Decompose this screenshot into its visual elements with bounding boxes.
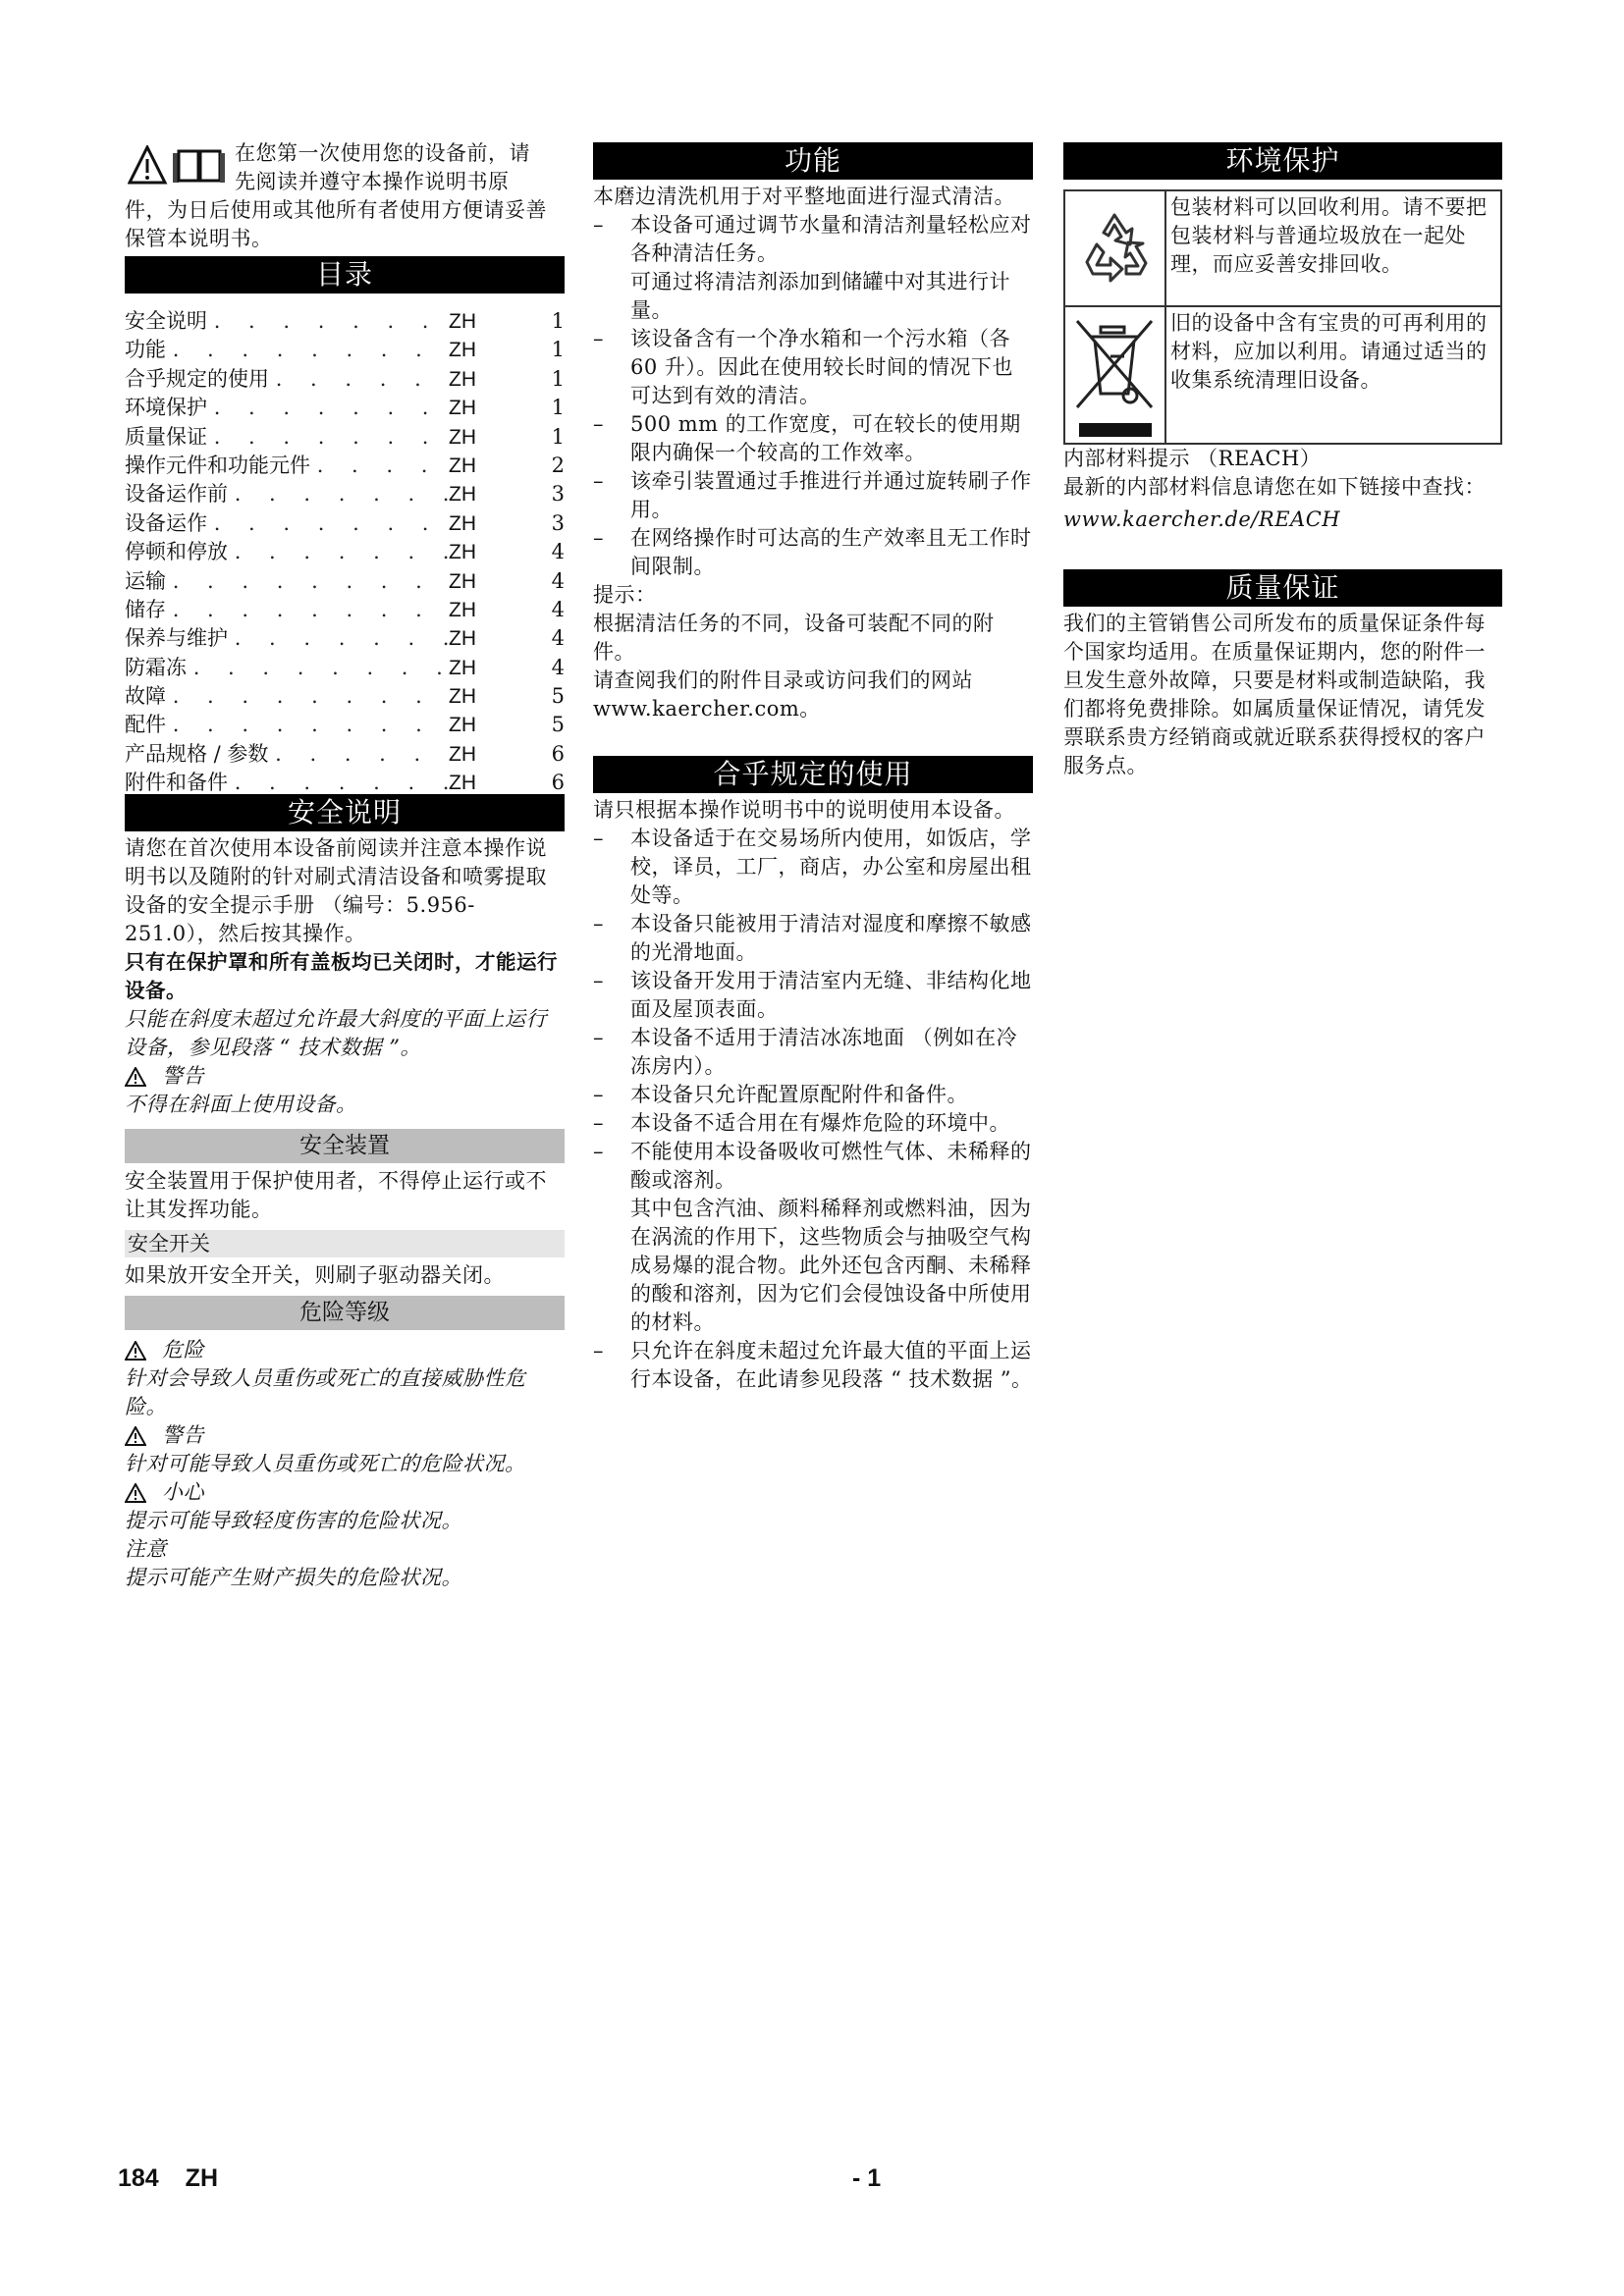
toc-entry[interactable]: 环境保护 . . . . . . . . . . . . . . .ZH1: [125, 394, 565, 422]
toc-leader-dots: . . . . . . . . . . . . . . .: [193, 656, 449, 679]
environment-table: 包装材料可以回收利用。请不要把包装材料与普通垃圾放在一起处理，而应妥善安排回收。: [1063, 189, 1502, 445]
bullet-item: –本设备可通过调节水量和清洁剂量轻松应对各种清洁任务。: [593, 211, 1033, 268]
toc-entry-title: 配件: [125, 713, 166, 736]
warning-text: 不得在斜面上使用设备。: [125, 1091, 565, 1119]
bullet-text: 本设备不适用于清洁冰冻地面 （例如在冷冻房内）。: [630, 1026, 1017, 1078]
warning-triangle-icon: [125, 1341, 146, 1361]
warranty-section: 质量保证 我们的主管销售公司所发布的质量保证条件每个国家均适用。在质量保证期内，…: [1063, 569, 1502, 780]
toc-leader-dots: . . . . . . . . . . . . . . .: [275, 742, 449, 766]
function-heading: 功能: [593, 142, 1033, 180]
toc-leader-dots: . . . . . . . . . . . . . . .: [235, 540, 449, 563]
bullet-item: –只允许在斜度未超过允许最大值的平面上运行本设备，在此请参见段落 “ 技术数据 …: [593, 1337, 1033, 1394]
danger-level-text: 提示可能导致轻度伤害的危险状况。: [125, 1507, 565, 1535]
toc-entry-title: 环境保护: [125, 396, 207, 419]
toc-entry-lang: ZH: [449, 711, 527, 739]
toc-entry-title: 防霜冻: [125, 656, 187, 679]
toc-entry-lang: ZH: [449, 336, 527, 364]
dash-bullet-icon: –: [593, 825, 604, 853]
warning-label: 警告: [162, 1062, 204, 1091]
footer-page-number: 184: [118, 2164, 159, 2192]
intended-use-bullet-list: –本设备适于在交易场所内使用，如饭店，学校，译员，工厂，商店，办公室和房屋出租处…: [593, 825, 1033, 1394]
bullet-extra-text: 其中包含汽油、颜料稀释剂或燃料油，因为在涡流的作用下，这些物质会与抽吸空气构成易…: [593, 1195, 1033, 1337]
toc-entry-page: 5: [527, 711, 565, 739]
toc-entry[interactable]: 防霜冻 . . . . . . . . . . . . . . .ZH4: [125, 654, 565, 682]
dash-bullet-icon: –: [593, 1109, 604, 1138]
function-note-text: 根据清洁任务的不同，设备可装配不同的附件。: [593, 610, 1033, 667]
toc-entry[interactable]: 停顿和停放 . . . . . . . . . . . . . . .ZH4: [125, 538, 565, 566]
toc-entry-title: 合乎规定的使用: [125, 367, 269, 391]
danger-level-text: 提示可能产生财产损失的危险状况。: [125, 1564, 565, 1592]
toc-leader-dots: . . . . . . . . . . . . . . .: [173, 713, 449, 736]
toc-entry-title: 故障: [125, 684, 166, 708]
toc-leader-dots: . . . . . . . . . . . . . . .: [276, 367, 449, 391]
toc-entry-page: 4: [527, 624, 565, 653]
dash-bullet-icon: –: [593, 410, 604, 439]
toc-entry[interactable]: 功能 . . . . . . . . . . . . . . .ZH1: [125, 336, 565, 364]
dash-bullet-icon: –: [593, 967, 604, 995]
toc-entry[interactable]: 设备运作前 . . . . . . . . . . . . . . .ZH3: [125, 480, 565, 508]
bullet-text: 该牵引装置通过手推进行并通过旋转刷子作用。: [630, 469, 1032, 521]
warning-triangle-icon: [125, 1067, 146, 1087]
intended-use-intro: 请只根据本操作说明书中的说明使用本设备。: [593, 796, 1033, 825]
safety-heading: 安全说明: [125, 794, 565, 831]
bullet-item: –在网络操作时可达高的生产效率且无工作时间限制。: [593, 524, 1033, 581]
toc-entry-page: 4: [527, 596, 565, 624]
toc-entry-lang: ZH: [449, 452, 527, 480]
danger-level-label: 警告: [125, 1421, 565, 1450]
dash-bullet-icon: –: [593, 524, 604, 553]
toc-leader-dots: . . . . . . . . . . . . . . .: [214, 425, 449, 449]
safety-para-3: 只能在斜度未超过允许最大斜度的平面上运行设备，参见段落 “ 技术数据 ”。: [125, 1005, 565, 1062]
danger-levels-list: 危险针对会导致人员重伤或死亡的直接威胁性危险。警告针对可能导致人员重伤或死亡的危…: [125, 1336, 565, 1592]
bullet-item: –本设备只能被用于清洁对湿度和摩擦不敏感的光滑地面。: [593, 910, 1033, 967]
safety-para-2: 只有在保护罩和所有盖板均已关闭时，才能运行设备。: [125, 948, 565, 1005]
function-note-text-2: 请查阅我们的附件目录或访问我们的网站 www.kaercher.com。: [593, 667, 1033, 723]
bullet-item: –该设备含有一个净水箱和一个污水箱（各 60 升）。因此在使用较长时间的情况下也…: [593, 325, 1033, 410]
function-section: 功能 本磨边清洗机用于对平整地面进行湿式清洁。 –本设备可通过调节水量和清洁剂量…: [593, 142, 1033, 723]
toc-entry-title: 运输: [125, 569, 166, 593]
toc-entry-page: 1: [527, 307, 565, 336]
toc-leader-dots: . . . . . . . . . . . . . . .: [173, 338, 449, 361]
bullet-text: 只允许在斜度未超过允许最大值的平面上运行本设备，在此请参见段落 “ 技术数据 ”…: [630, 1339, 1033, 1391]
bullet-text: 该设备开发用于清洁室内无缝、非结构化地面及屋顶表面。: [630, 969, 1032, 1021]
danger-level-label: 注意: [125, 1535, 565, 1564]
toc-leader-dots: . . . . . . . . . . . . . . .: [214, 511, 449, 535]
intended-use-heading: 合乎规定的使用: [593, 756, 1033, 793]
toc-entry-lang: ZH: [449, 480, 527, 508]
reach-title: 内部材料提示 （REACH）: [1063, 445, 1502, 473]
intro-rest: 件，为日后使用或其他所有者使用方便请妥善保管本说明书。: [125, 196, 565, 253]
toc-leader-dots: . . . . . . . . . . . . . . .: [235, 771, 449, 794]
toc-leader-dots: . . . . . . . . . . . . . . .: [235, 626, 449, 650]
toc-entry[interactable]: 合乎规定的使用 . . . . . . . . . . . . . . .ZH1: [125, 365, 565, 394]
toc-entry[interactable]: 质量保证 . . . . . . . . . . . . . . .ZH1: [125, 423, 565, 452]
bullet-text: 500 mm 的工作宽度，可在较长的使用期限内确保一个较高的工作效率。: [630, 412, 1021, 464]
toc-entry-page: 1: [527, 365, 565, 394]
toc-entry[interactable]: 运输 . . . . . . . . . . . . . . .ZH4: [125, 567, 565, 596]
toc-entry-title: 操作元件和功能元件: [125, 454, 310, 477]
environment-heading: 环境保护: [1063, 142, 1502, 180]
intro-notice: 在您第一次使用您的设备前，请 先阅读并遵守本操作说明书原 件，为日后使用或其他所…: [125, 139, 565, 253]
toc-leader-dots: . . . . . . . . . . . . . . .: [173, 569, 449, 593]
function-note-label: 提示：: [593, 581, 1033, 610]
warning-manual-icon: [128, 145, 226, 187]
danger-level-name: 警告: [162, 1421, 204, 1450]
toc-entry-lang: ZH: [449, 624, 527, 653]
danger-level-text: 针对可能导致人员重伤或死亡的危险状况。: [125, 1450, 565, 1478]
old-device-text: 旧的设备中含有宝贵的可再利用的材料，应加以利用。请通过适当的收集系统清理旧设备。: [1170, 309, 1496, 395]
toc-entry-lang: ZH: [449, 654, 527, 682]
danger-level-name: 注意: [125, 1535, 167, 1564]
toc-entry[interactable]: 保养与维护 . . . . . . . . . . . . . . .ZH4: [125, 624, 565, 653]
toc-leader-dots: . . . . . . . . . . . . . . .: [173, 684, 449, 708]
toc-entry[interactable]: 安全说明 . . . . . . . . . . . . . . .ZH1: [125, 307, 565, 336]
bullet-text: 该设备含有一个净水箱和一个污水箱（各 60 升）。因此在使用较长时间的情况下也可…: [630, 327, 1013, 407]
safety-para-1: 请您在首次使用本设备前阅读并注意本操作说明书以及随附的针对刷式清洁设备和喷雾提取…: [125, 834, 565, 948]
toc-entry-title: 安全说明: [125, 309, 207, 333]
bullet-text: 本设备不适合用在有爆炸危险的环境中。: [630, 1111, 1010, 1135]
danger-level-label: 危险: [125, 1336, 565, 1364]
toc-leader-dots: . . . . . . . . . . . . . . .: [173, 598, 449, 621]
environment-section: 环境保护 包装材料可以回收利用。请不要把包装材料与普通垃圾放在一起处理，而应妥善…: [1063, 142, 1502, 534]
toc-heading: 目录: [125, 256, 565, 294]
bullet-item: –不能使用本设备吸收可燃性气体、未稀释的酸或溶剂。: [593, 1138, 1033, 1195]
bullet-text: 本设备可通过调节水量和清洁剂量轻松应对各种清洁任务。: [630, 213, 1032, 265]
toc-entry-title: 设备运作前: [125, 482, 228, 506]
toc-entry-title: 储存: [125, 598, 166, 621]
warning-triangle-icon: [125, 1483, 146, 1503]
toc-entry-page: 3: [527, 480, 565, 508]
toc-leader-dots: . . . . . . . . . . . . . . .: [214, 309, 449, 333]
footer-page-label: 184 ZH: [118, 2164, 218, 2193]
danger-level-name: 危险: [162, 1336, 204, 1364]
toc-leader-dots: . . . . . . . . . . . . . . .: [317, 454, 449, 477]
danger-level-text: 针对会导致人员重伤或死亡的直接威胁性危险。: [125, 1364, 565, 1421]
toc-entry[interactable]: 操作元件和功能元件 . . . . . . . . . . . . . . .Z…: [125, 452, 565, 480]
warranty-text: 我们的主管销售公司所发布的质量保证条件每个国家均适用。在质量保证期内，您的附件一…: [1063, 610, 1502, 780]
toc-entry-lang: ZH: [449, 509, 527, 538]
toc-entry-lang: ZH: [449, 365, 527, 394]
toc-entry-title: 停顿和停放: [125, 540, 228, 563]
packaging-text: 包装材料可以回收利用。请不要把包装材料与普通垃圾放在一起处理，而应妥善安排回收。: [1170, 193, 1496, 279]
bullet-item: –本设备只允许配置原配附件和备件。: [593, 1081, 1033, 1109]
bullet-text: 本设备只能被用于清洁对湿度和摩擦不敏感的光滑地面。: [630, 912, 1032, 964]
toc-entry-page: 2: [527, 452, 565, 480]
bullet-text: 在网络操作时可达高的生产效率且无工作时间限制。: [630, 526, 1032, 578]
toc-entry-lang: ZH: [449, 423, 527, 452]
bullet-item: –该设备开发用于清洁室内无缝、非结构化地面及屋顶表面。: [593, 967, 1033, 1024]
toc-entry-page: 1: [527, 423, 565, 452]
function-bullet-list: –本设备可通过调节水量和清洁剂量轻松应对各种清洁任务。可通过将清洁剂添加到储罐中…: [593, 211, 1033, 581]
function-intro: 本磨边清洗机用于对平整地面进行湿式清洁。: [593, 183, 1033, 211]
toc-entry-title: 功能: [125, 338, 166, 361]
toc-entry-lang: ZH: [449, 307, 527, 336]
safety-devices-text: 安全装置用于保护使用者，不得停止运行或不让其发挥功能。: [125, 1167, 565, 1224]
weee-bin-icon: [1071, 313, 1160, 439]
reach-link[interactable]: www.kaercher.de/REACH: [1063, 506, 1502, 534]
toc-entry-title: 产品规格 / 参数: [125, 742, 268, 766]
dash-bullet-icon: –: [593, 325, 604, 353]
recycle-icon: [1071, 203, 1160, 292]
bullet-text: 本设备适于在交易场所内使用，如饭店，学校，译员，工厂，商店，办公室和房屋出租处等…: [630, 827, 1032, 907]
environment-row-packaging: 包装材料可以回收利用。请不要把包装材料与普通垃圾放在一起处理，而应妥善安排回收。: [1064, 190, 1501, 306]
dash-bullet-icon: –: [593, 1138, 604, 1166]
toc-entry-page: 6: [527, 740, 565, 769]
toc-entry-page: 5: [527, 682, 565, 711]
safety-switch-text: 如果放开安全开关，则刷子驱动器关闭。: [125, 1261, 565, 1290]
footer-sub-page: - 1: [852, 2164, 881, 2193]
dash-bullet-icon: –: [593, 1081, 604, 1109]
toc-entry-lang: ZH: [449, 394, 527, 422]
toc-entry-title: 附件和备件: [125, 771, 228, 794]
toc-entry-lang: ZH: [449, 538, 527, 566]
environment-row-old-device: 旧的设备中含有宝贵的可再利用的材料，应加以利用。请通过适当的收集系统清理旧设备。: [1064, 306, 1501, 444]
reach-text: 最新的内部材料信息请您在如下链接中查找：: [1063, 473, 1502, 502]
safety-warning: 警告: [125, 1062, 565, 1091]
intended-use-section: 合乎规定的使用 请只根据本操作说明书中的说明使用本设备。 –本设备适于在交易场所…: [593, 756, 1033, 1394]
toc-entry-title: 保养与维护: [125, 626, 228, 650]
toc-entry[interactable]: 设备运作 . . . . . . . . . . . . . . .ZH3: [125, 509, 565, 538]
toc-entry-page: 4: [527, 538, 565, 566]
dash-bullet-icon: –: [593, 1337, 604, 1365]
danger-level-label: 小心: [125, 1478, 565, 1507]
toc-entry-page: 1: [527, 336, 565, 364]
toc-entry[interactable]: 产品规格 / 参数 . . . . . . . . . . . . . . .Z…: [125, 740, 565, 769]
warning-triangle-icon: [125, 1426, 146, 1446]
dash-bullet-icon: –: [593, 1024, 604, 1052]
table-of-contents: 安全说明 . . . . . . . . . . . . . . .ZH1功能 …: [125, 307, 565, 798]
bullet-extra-text: 可通过将清洁剂添加到储罐中对其进行计量。: [593, 268, 1033, 325]
toc-entry-title: 质量保证: [125, 425, 207, 449]
dash-bullet-icon: –: [593, 211, 604, 240]
bullet-item: –本设备适于在交易场所内使用，如饭店，学校，译员，工厂，商店，办公室和房屋出租处…: [593, 825, 1033, 910]
toc-entry[interactable]: 储存 . . . . . . . . . . . . . . .ZH4: [125, 596, 565, 624]
toc-entry[interactable]: 配件 . . . . . . . . . . . . . . .ZH5: [125, 711, 565, 739]
toc-entry-lang: ZH: [449, 596, 527, 624]
toc-entry-page: 3: [527, 509, 565, 538]
toc-entry-page: 4: [527, 567, 565, 596]
dash-bullet-icon: –: [593, 910, 604, 938]
bullet-text: 不能使用本设备吸收可燃性气体、未稀释的酸或溶剂。: [630, 1140, 1032, 1192]
safety-devices-heading: 安全装置: [125, 1129, 565, 1163]
toc-entry-lang: ZH: [449, 740, 527, 769]
bullet-item: –该牵引装置通过手推进行并通过旋转刷子作用。: [593, 467, 1033, 524]
safety-switch-heading: 安全开关: [125, 1230, 565, 1257]
toc-leader-dots: . . . . . . . . . . . . . . .: [235, 482, 449, 506]
footer-lang: ZH: [186, 2164, 218, 2192]
bullet-item: –本设备不适合用在有爆炸危险的环境中。: [593, 1109, 1033, 1138]
danger-level-name: 小心: [162, 1478, 204, 1507]
bullet-item: –500 mm 的工作宽度，可在较长的使用期限内确保一个较高的工作效率。: [593, 410, 1033, 467]
toc-entry-lang: ZH: [449, 682, 527, 711]
toc-entry-title: 设备运作: [125, 511, 207, 535]
toc-entry-lang: ZH: [449, 567, 527, 596]
toc-leader-dots: . . . . . . . . . . . . . . .: [214, 396, 449, 419]
toc-entry-page: 4: [527, 654, 565, 682]
danger-levels-heading: 危险等级: [125, 1296, 565, 1330]
dash-bullet-icon: –: [593, 467, 604, 496]
safety-section: 安全说明 请您在首次使用本设备前阅读并注意本操作说明书以及随附的针对刷式清洁设备…: [125, 794, 565, 1592]
bullet-item: –本设备不适用于清洁冰冻地面 （例如在冷冻房内）。: [593, 1024, 1033, 1081]
warranty-heading: 质量保证: [1063, 569, 1502, 607]
toc-entry-page: 1: [527, 394, 565, 422]
bullet-text: 本设备只允许配置原配附件和备件。: [630, 1083, 968, 1106]
toc-entry[interactable]: 故障 . . . . . . . . . . . . . . .ZH5: [125, 682, 565, 711]
